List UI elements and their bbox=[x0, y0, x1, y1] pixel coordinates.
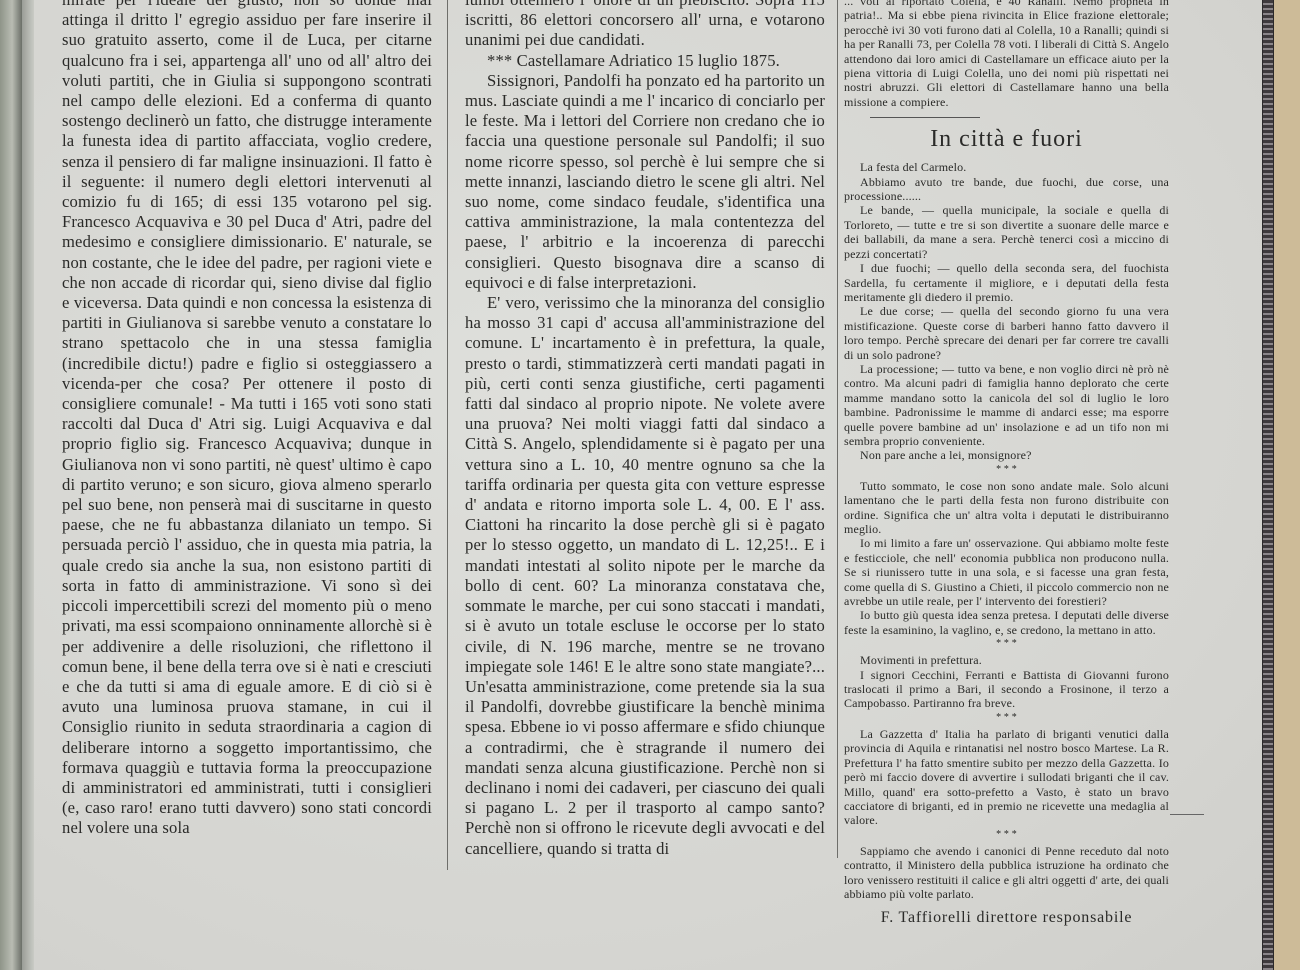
column-rule-left bbox=[447, 0, 448, 870]
article-lead: lumbi ottennero l' onore di un plebiscit… bbox=[465, 0, 825, 51]
item-paragraph: Le bande, — quella municipale, la social… bbox=[844, 203, 1169, 261]
page-gutter bbox=[22, 0, 34, 970]
article-paragraph: Sissignori, Pandolfi ha ponzato ed ha pa… bbox=[465, 71, 825, 293]
dateline: *** Castellamare Adriatico 15 luglio 187… bbox=[465, 51, 825, 71]
column-right: ... voti al riportato Colella, e 40 Rana… bbox=[844, 0, 1169, 929]
item-paragraph: Abbiamo avuto tre bande, due fuochi, due… bbox=[844, 175, 1169, 204]
asterism: * * * bbox=[844, 466, 1169, 473]
item-paragraph: Non pare anche a lei, monsignore? bbox=[844, 448, 1169, 462]
article-text: mirate per l'ideale del giusto, non so d… bbox=[62, 0, 432, 839]
section-title: In città e fuori bbox=[844, 124, 1169, 154]
item-paragraph: La processione; — tutto va bene, e non v… bbox=[844, 362, 1169, 448]
item-paragraph: I due fuochi; — quello della seconda ser… bbox=[844, 261, 1169, 304]
item-paragraph: I signori Cecchini, Ferranti e Battista … bbox=[844, 668, 1169, 711]
column-middle: lumbi ottennero l' onore di un plebiscit… bbox=[465, 0, 825, 859]
item-heading: Movimenti in prefettura. bbox=[844, 653, 1169, 667]
article-lead: ... voti al riportato Colella, e 40 Rana… bbox=[844, 0, 1169, 109]
item-paragraph: Tutto sommato, le cose non sono andate m… bbox=[844, 479, 1169, 537]
column-left: mirate per l'ideale del giusto, non so d… bbox=[62, 0, 432, 839]
page-binding-edge bbox=[1262, 0, 1274, 970]
asterism: * * * bbox=[844, 831, 1169, 838]
asterism: * * * bbox=[844, 640, 1169, 647]
asterism: * * * bbox=[844, 714, 1169, 721]
column-rule-right bbox=[837, 0, 838, 858]
item-paragraph: La Gazzetta d' Italia ha parlato di brig… bbox=[844, 727, 1169, 828]
item-paragraph: Le due corse; — quella del secondo giorn… bbox=[844, 304, 1169, 362]
book-spine bbox=[0, 0, 22, 970]
item-heading: La festa del Carmelo. bbox=[844, 160, 1169, 174]
item-paragraph: Sappiamo che avendo i canonici di Penne … bbox=[844, 844, 1169, 902]
editor-signature: F. Taffiorelli direttore responsabile bbox=[844, 907, 1169, 929]
section-divider bbox=[870, 117, 980, 118]
item-paragraph: Io mi limito a fare un' osservazione. Qu… bbox=[844, 536, 1169, 608]
item-paragraph: Io butto giù questa idea senza pretesa. … bbox=[844, 608, 1169, 637]
signature-rule bbox=[1170, 814, 1204, 815]
article-paragraph: E' vero, verissimo che la minoranza del … bbox=[465, 293, 825, 859]
